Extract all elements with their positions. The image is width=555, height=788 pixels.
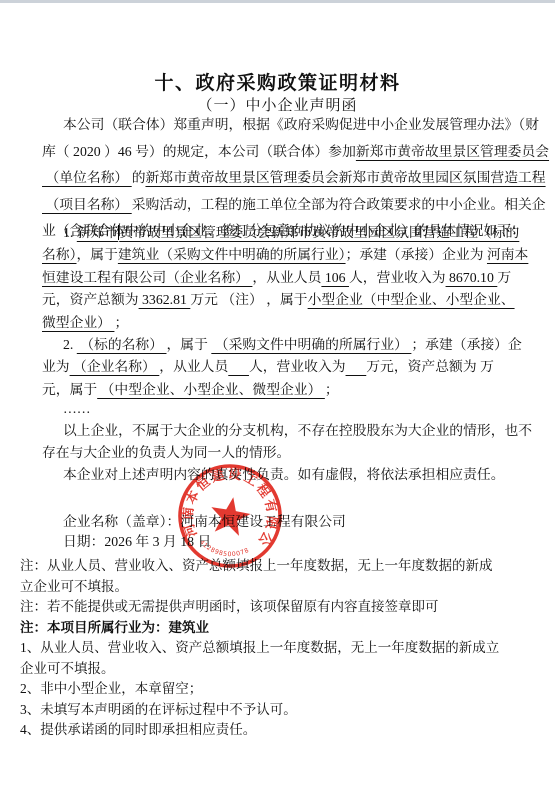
text-segment: 建筑业（采购文件中明确的所属行业） — [118, 247, 346, 262]
text-segment — [228, 359, 249, 374]
text-segment: 企业名称（盖章）：河南本恒建设工程有限公司 — [63, 514, 346, 529]
text-segment: 注：若不能提供或无需提供声明函时，该项保留原有内容直接签章即可 — [20, 599, 439, 614]
date-line: 日期：2026 年 3 月 18 日 — [42, 531, 526, 553]
document-line: 注：若不能提供或无需提供声明函时，该项保留原有内容直接签章即可 — [20, 597, 542, 618]
text-segment: 名称） — [42, 247, 77, 262]
text-segment: 小型企业（中型企业、小型企业、 — [308, 292, 515, 307]
text-segment: ； — [325, 382, 339, 397]
text-segment: 元，资产总额为 — [42, 292, 139, 307]
document-line: （项目名称） 采购活动，工程的施工单位全部为符合政策要求的中小企业。相关企 — [42, 192, 526, 219]
text-segment: 存在与大企业的负责人为同一人的情形。 — [42, 445, 290, 460]
text-segment: 采购活动，工程的施工单位全部为符合政策要求的中小企业。相关企 — [132, 197, 546, 212]
text-segment: 人，营业收入为 — [349, 270, 446, 285]
text-segment: 新郑市 — [77, 225, 118, 240]
text-segment: （中型企业、小型企业、微型企业） — [97, 382, 325, 397]
text-segment: 注：本项目所属行业为：建筑业 — [20, 620, 209, 635]
text-segment: 业为 — [42, 359, 70, 374]
text-segment: 106 — [321, 270, 349, 285]
text-segment: 新郑市黄帝故里景区管理委员会新郑市黄帝故里园区氛围营造工程 — [145, 170, 545, 185]
text-segment: 人，营业收入为 — [249, 359, 346, 374]
ellipsis-line: …… — [42, 398, 526, 420]
text-segment: ；承建（承接）企 — [411, 337, 521, 352]
text-segment: 立企业可不填报。 — [20, 579, 128, 594]
text-segment: 万元 （注） ，属于 — [190, 292, 307, 307]
document-line: 日期：2026 年 3 月 18 日 — [42, 531, 526, 553]
text-segment: 的 — [132, 170, 146, 185]
document-line: 库（ 2020 ）46 号）的规定，本公司（联合体）参加新郑市黄帝故里景区管理委… — [42, 139, 526, 166]
text-segment: ，从业人员 — [159, 359, 228, 374]
page-root: { "page": { "title": "十、政府采购政策证明材料", "su… — [0, 0, 555, 788]
statement-not-large-enterprise: 以上企业，不属于大企业的分支机构，不存在控股股东为大企业的情形，也不存在与大企业… — [42, 420, 526, 465]
text-segment: ；承建（承接）企业为 — [346, 247, 487, 262]
text-segment: （单位名称） — [42, 170, 132, 185]
document-line: 恒建设工程有限公司（企业名称） ，从业人员 106 人，营业收入为 8670.1… — [42, 267, 526, 289]
text-segment: 注：从业人员、营业收入、资产总额填报上一年度数据，无上一年度数据的新成 — [20, 558, 493, 573]
text-segment: 以上企业，不属于大企业的分支机构，不存在控股股东为大企业的情形，也不 — [63, 423, 532, 438]
text-segment: 微型企业） — [42, 315, 114, 330]
document-line: 业为 （企业名称） ，从业人员 人，营业收入为 万元，资产总额为 万 — [42, 356, 526, 378]
document-line: 1. 新郑市黄帝故里景区管理委员会新郑市黄帝故里园区氛围营造工程（标的 — [42, 222, 526, 244]
statement-responsibility: 本企业对上述声明内容的真实性负责。如有虚假，将依法承担相应责任。 — [42, 464, 526, 486]
text-segment: 河南本 — [487, 247, 528, 262]
notes-section: 注：从业人员、营业收入、资产总额填报上一年度数据，无上一年度数据的新成立企业可不… — [20, 556, 542, 741]
text-segment: 2. — [63, 337, 77, 352]
document-line: 名称），属于建筑业（采购文件中明确的所属行业）；承建（承接）企业为 河南本 — [42, 244, 526, 266]
text-segment: 库（ 2020 ）46 号）的规定，本公司（联合体）参加 — [42, 144, 356, 159]
text-segment: （标的名称） — [77, 337, 167, 352]
text-segment: ，从业人员 — [252, 270, 321, 285]
document-line: 注：从业人员、营业收入、资产总额填报上一年度数据，无上一年度数据的新成 — [20, 556, 542, 577]
text-segment: 3362.81 — [139, 292, 191, 307]
text-segment: 1. — [63, 225, 77, 240]
document-line: 2、非中小型企业，本章留空； — [20, 679, 542, 700]
text-segment: （企业名称） — [70, 359, 160, 374]
document-line: 3、未填写本声明函的在评标过程中不予认可。 — [20, 700, 542, 721]
text-segment: 本公司（联合体）郑重声明，根据《政府采购促进中小企业发展管理办法》（财 — [63, 117, 539, 132]
text-segment: 4、提供承诺函的同时即承担相应责任。 — [20, 722, 256, 737]
text-segment: 黄帝故里景区管理委员会新郑市黄帝故里园区氛围营造工程（标的 — [119, 225, 519, 240]
text-segment: （项目名称） — [42, 197, 132, 212]
document-line: 本企业对上述声明内容的真实性负责。如有虚假，将依法承担相应责任。 — [42, 464, 526, 486]
text-segment: ，属于 — [77, 247, 118, 262]
text-segment: 2、非中小型企业，本章留空； — [20, 681, 202, 696]
text-segment: 万元，资产总额为 万 — [366, 359, 494, 374]
document-line: 2. （标的名称） ，属于 （采购文件中明确的所属行业） ；承建（承接）企 — [42, 334, 526, 356]
text-segment: ； — [114, 315, 128, 330]
text-segment: 1、从业人员、营业收入、资产总额填报上一年度数据，无上一年度数据的新成立 — [20, 640, 499, 655]
text-segment: 万 — [497, 270, 511, 285]
text-segment: 元，属于 — [42, 382, 97, 397]
text-segment: 日期：2026 年 3 月 18 日 — [63, 534, 211, 549]
text-segment — [346, 359, 367, 374]
document-line: 微型企业） ； — [42, 312, 526, 334]
document-line: 企业可不填报。 — [20, 659, 542, 680]
document-title: 十、政府采购政策证明材料 — [0, 68, 555, 95]
item-1: 1. 新郑市黄帝故里景区管理委员会新郑市黄帝故里园区氛围营造工程（标的名称），属… — [42, 222, 526, 334]
text-segment: …… — [63, 401, 91, 416]
document-line: 存在与大企业的负责人为同一人的情形。 — [42, 442, 526, 464]
item-2: 2. （标的名称） ，属于 （采购文件中明确的所属行业） ；承建（承接）企业为 … — [42, 334, 526, 401]
document-line: 本公司（联合体）郑重声明，根据《政府采购促进中小企业发展管理办法》（财 — [42, 112, 526, 139]
text-segment: 8670.10 — [446, 270, 498, 285]
text-segment: 本企业对上述声明内容的真实性负责。如有虚假，将依法承担相应责任。 — [63, 467, 505, 482]
document-line: 注：本项目所属行业为：建筑业 — [20, 618, 542, 639]
window-edge-bar — [0, 0, 555, 3]
document-line: …… — [42, 398, 526, 420]
document-line: 立企业可不填报。 — [20, 577, 542, 598]
text-segment: （采购文件中明确的所属行业） — [211, 337, 411, 352]
text-segment: 企业可不填报。 — [20, 661, 115, 676]
text-segment: 恒建设工程有限公司（企业名称） — [42, 270, 252, 285]
document-line: 元，资产总额为 3362.81 万元 （注） ，属于小型企业（中型企业、小型企业… — [42, 289, 526, 311]
text-segment: 新郑市黄帝故里景区管理委员会 — [356, 144, 549, 159]
document-line: （单位名称） 的新郑市黄帝故里景区管理委员会新郑市黄帝故里园区氛围营造工程 — [42, 165, 526, 192]
document-line: 1、从业人员、营业收入、资产总额填报上一年度数据，无上一年度数据的新成立 — [20, 638, 542, 659]
document-line: 4、提供承诺函的同时即承担相应责任。 — [20, 720, 542, 741]
text-segment: 3、未填写本声明函的在评标过程中不予认可。 — [20, 702, 297, 717]
document-line: 以上企业，不属于大企业的分支机构，不存在控股股东为大企业的情形，也不 — [42, 420, 526, 442]
text-segment: ，属于 — [166, 337, 211, 352]
